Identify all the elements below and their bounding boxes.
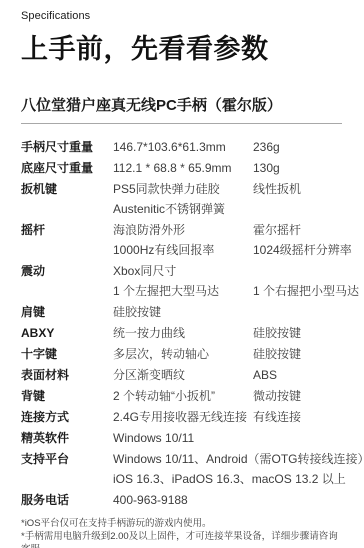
spec-value-primary: iOS 16.3、iPadOS 16.3、macOS 13.2 以上: [113, 469, 342, 489]
spec-line: 2.4G专用接收器无线连接有线连接: [113, 407, 342, 427]
spec-line: 分区渐变晒纹ABS: [113, 365, 342, 385]
spec-page: Specifications 上手前，先看看参数 八位堂猎户座真无线PC手柄（霍…: [0, 0, 364, 548]
spec-line: 统一按力曲线硅胶按键: [113, 323, 342, 343]
spec-label: 支持平台: [21, 449, 113, 489]
spec-value-primary: Windows 10/11、Android（需OTG转接线连接）: [113, 449, 342, 469]
spec-values: 2 个转动轴“小扳机”微动按键: [113, 386, 342, 406]
spec-value-primary: 146.7*103.6*61.3mm: [113, 137, 253, 157]
spec-row: 手柄尺寸重量146.7*103.6*61.3mm236g: [21, 137, 342, 157]
spec-value-secondary: 236g: [253, 137, 280, 157]
spec-value-primary: 2 个转动轴“小扳机”: [113, 386, 253, 406]
product-name: 八位堂猎户座真无线PC手柄（霍尔版）: [21, 96, 342, 115]
spec-values: Windows 10/11: [113, 428, 342, 448]
spec-values: Windows 10/11、Android（需OTG转接线连接）iOS 16.3…: [113, 449, 342, 489]
spec-label: ABXY: [21, 323, 113, 343]
spec-line: 1 个左握把大型马达1 个右握把小型马达: [113, 281, 342, 301]
spec-values: 146.7*103.6*61.3mm236g: [113, 137, 342, 157]
spec-label: 手柄尺寸重量: [21, 137, 113, 157]
spec-values: PS5同款快弹力硅胶线性扳机Austenitic不锈钢弹簧: [113, 179, 342, 219]
spec-row: 连接方式2.4G专用接收器无线连接有线连接: [21, 407, 342, 427]
spec-line: iOS 16.3、iPadOS 16.3、macOS 13.2 以上: [113, 469, 342, 489]
spec-row: 背键2 个转动轴“小扳机”微动按键: [21, 386, 342, 406]
spec-value-primary: 多层次，转动轴心: [113, 344, 253, 364]
spec-value-primary: 112.1 * 68.8 * 65.9mm: [113, 158, 253, 178]
spec-label: 精英软件: [21, 428, 113, 448]
spec-line: 海浪防滑外形霍尔摇杆: [113, 220, 342, 240]
footnotes: *iOS平台仅可在支持手柄游玩的游戏内使用。 *手柄需用电脑升级到2.00及以上…: [21, 517, 342, 548]
spec-row: 表面材料分区渐变晒纹ABS: [21, 365, 342, 385]
spec-value-secondary: 1 个右握把小型马达: [253, 281, 359, 301]
spec-line: Windows 10/11: [113, 428, 342, 448]
spec-value-primary: Xbox同尺寸: [113, 261, 253, 281]
footnote-firmware: *手柄需用电脑升级到2.00及以上固件，才可连接苹果设备，详细步骤请咨询客服。: [21, 530, 342, 548]
spec-value-secondary: 微动按键: [253, 386, 301, 406]
spec-value-secondary: 霍尔摇杆: [253, 220, 301, 240]
spec-row: 精英软件Windows 10/11: [21, 428, 342, 448]
spec-values: 海浪防滑外形霍尔摇杆1000Hz有线回报率1024级摇杆分辨率: [113, 220, 342, 260]
spec-line: Windows 10/11、Android（需OTG转接线连接）: [113, 449, 342, 469]
spec-values: Xbox同尺寸1 个左握把大型马达1 个右握把小型马达: [113, 261, 342, 301]
spec-row: ABXY统一按力曲线硅胶按键: [21, 323, 342, 343]
spec-line: Xbox同尺寸: [113, 261, 342, 281]
spec-label: 底座尺寸重量: [21, 158, 113, 178]
spec-line: 1000Hz有线回报率1024级摇杆分辨率: [113, 240, 342, 260]
spec-value-primary: 海浪防滑外形: [113, 220, 253, 240]
spec-values: 分区渐变晒纹ABS: [113, 365, 342, 385]
spec-line: 146.7*103.6*61.3mm236g: [113, 137, 342, 157]
spec-label: 连接方式: [21, 407, 113, 427]
spec-values: 统一按力曲线硅胶按键: [113, 323, 342, 343]
spec-label: 背键: [21, 386, 113, 406]
divider: [21, 123, 342, 124]
spec-value-secondary: 130g: [253, 158, 280, 178]
spec-value-secondary: 1024级摇杆分辨率: [253, 240, 352, 260]
spec-line: 112.1 * 68.8 * 65.9mm130g: [113, 158, 342, 178]
spec-row: 震动Xbox同尺寸1 个左握把大型马达1 个右握把小型马达: [21, 261, 342, 301]
spec-value-secondary: 硅胶按键: [253, 323, 301, 343]
spec-value-primary: PS5同款快弹力硅胶: [113, 179, 253, 199]
spec-line: 400-963-9188: [113, 490, 342, 510]
spec-row: 摇杆海浪防滑外形霍尔摇杆1000Hz有线回报率1024级摇杆分辨率: [21, 220, 342, 260]
page-title: 上手前，先看看参数: [21, 32, 342, 66]
spec-row: 底座尺寸重量112.1 * 68.8 * 65.9mm130g: [21, 158, 342, 178]
spec-value-primary: 400-963-9188: [113, 490, 253, 510]
spec-row: 服务电话400-963-9188: [21, 490, 342, 510]
spec-value-primary: 1000Hz有线回报率: [113, 240, 253, 260]
spec-label: 肩键: [21, 302, 113, 322]
spec-row: 十字键多层次，转动轴心硅胶按键: [21, 344, 342, 364]
spec-line: 多层次，转动轴心硅胶按键: [113, 344, 342, 364]
eyebrow-label: Specifications: [21, 10, 342, 23]
spec-value-primary: Austenitic不锈钢弹簧: [113, 199, 253, 219]
spec-value-secondary: 有线连接: [253, 407, 301, 427]
spec-values: 多层次，转动轴心硅胶按键: [113, 344, 342, 364]
spec-value-secondary: 硅胶按键: [253, 344, 301, 364]
spec-line: Austenitic不锈钢弹簧: [113, 199, 342, 219]
spec-label: 服务电话: [21, 490, 113, 510]
spec-line: PS5同款快弹力硅胶线性扳机: [113, 179, 342, 199]
spec-value-primary: 统一按力曲线: [113, 323, 253, 343]
spec-value-primary: 1 个左握把大型马达: [113, 281, 253, 301]
spec-row: 支持平台Windows 10/11、Android（需OTG转接线连接）iOS …: [21, 449, 342, 489]
spec-table: 手柄尺寸重量146.7*103.6*61.3mm236g底座尺寸重量112.1 …: [21, 137, 342, 510]
spec-value-secondary: 线性扳机: [253, 179, 301, 199]
spec-value-primary: 硅胶按键: [113, 302, 253, 322]
spec-label: 十字键: [21, 344, 113, 364]
spec-row: 肩键硅胶按键: [21, 302, 342, 322]
spec-label: 震动: [21, 261, 113, 301]
spec-line: 2 个转动轴“小扳机”微动按键: [113, 386, 342, 406]
spec-row: 扳机键PS5同款快弹力硅胶线性扳机Austenitic不锈钢弹簧: [21, 179, 342, 219]
spec-line: 硅胶按键: [113, 302, 342, 322]
spec-value-secondary: ABS: [253, 365, 277, 385]
spec-values: 硅胶按键: [113, 302, 342, 322]
spec-label: 扳机键: [21, 179, 113, 219]
spec-label: 表面材料: [21, 365, 113, 385]
spec-values: 112.1 * 68.8 * 65.9mm130g: [113, 158, 342, 178]
spec-label: 摇杆: [21, 220, 113, 260]
spec-values: 400-963-9188: [113, 490, 342, 510]
spec-value-primary: Windows 10/11: [113, 428, 253, 448]
footnote-ios: *iOS平台仅可在支持手柄游玩的游戏内使用。: [21, 517, 342, 530]
spec-value-primary: 2.4G专用接收器无线连接: [113, 407, 253, 427]
spec-values: 2.4G专用接收器无线连接有线连接: [113, 407, 342, 427]
spec-value-primary: 分区渐变晒纹: [113, 365, 253, 385]
